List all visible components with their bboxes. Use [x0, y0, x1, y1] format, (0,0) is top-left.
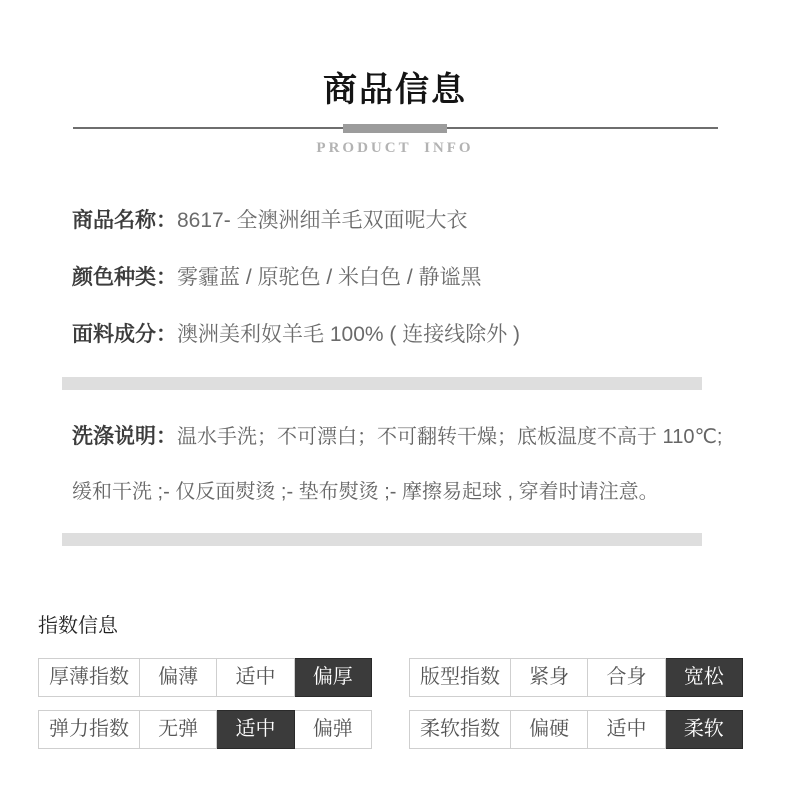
info-row-colors: 颜色种类：雾霾蓝 / 原驼色 / 米白色 / 静谧黑	[72, 263, 790, 292]
wash-label: 洗涤说明：	[72, 425, 177, 448]
index-table-label: 柔软指数	[409, 710, 511, 749]
info-row-fabric: 面料成分：澳洲美利奴羊毛 100% ( 连接线除外 )	[72, 320, 790, 349]
index-table-fit: 版型指数 紧身 合身 宽松	[409, 658, 743, 697]
section-divider	[62, 533, 702, 546]
thick-rule-accent	[343, 124, 447, 133]
title-divider-line	[73, 124, 718, 133]
index-option: 合身	[588, 658, 665, 697]
index-option: 偏硬	[511, 710, 588, 749]
index-option-selected: 偏厚	[295, 658, 372, 697]
wash-value: 温水手洗；不可漂白；不可翻转干燥；底板温度不高于 110℃;	[177, 426, 722, 448]
index-table-thickness: 厚薄指数 偏薄 适中 偏厚	[38, 658, 372, 697]
info-row-product-name: 商品名称：8617- 全澳洲细羊毛双面呢大衣	[72, 206, 790, 235]
index-option: 紧身	[511, 658, 588, 697]
info-value: 雾霾蓝 / 原驼色 / 米白色 / 静谧黑	[177, 266, 482, 289]
index-option: 适中	[588, 710, 665, 749]
index-table-elasticity: 弹力指数 无弹 适中 偏弹	[38, 710, 372, 749]
wash-line-2: 缓和干洗 ;- 仅反面熨烫 ;- 垫布熨烫 ;- 摩擦易起球 , 穿着时请注意。	[72, 465, 722, 520]
index-option: 偏薄	[140, 658, 217, 697]
info-value: 8617- 全澳洲细羊毛双面呢大衣	[177, 209, 468, 232]
page-title: 商品信息	[0, 62, 790, 111]
washing-instructions-section: 洗涤说明：温水手洗；不可漂白；不可翻转干燥；底板温度不高于 110℃; 缓和干洗…	[72, 409, 722, 520]
info-label: 面料成分：	[72, 323, 177, 346]
index-table-label: 版型指数	[409, 658, 511, 697]
section-divider	[62, 377, 702, 390]
index-option: 偏弹	[295, 710, 372, 749]
index-option-selected: 宽松	[666, 658, 743, 697]
index-option: 无弹	[140, 710, 217, 749]
header: 商品信息 PRODUCT INFO	[0, 0, 790, 157]
info-label: 商品名称：	[72, 209, 177, 232]
index-table-softness: 柔软指数 偏硬 适中 柔软	[409, 710, 743, 749]
index-table-label: 厚薄指数	[38, 658, 140, 697]
index-table-label: 弹力指数	[38, 710, 140, 749]
page-subtitle: PRODUCT INFO	[0, 140, 790, 157]
product-info-section: 商品名称：8617- 全澳洲细羊毛双面呢大衣 颜色种类：雾霾蓝 / 原驼色 / …	[72, 206, 790, 349]
info-value: 澳洲美利奴羊毛 100% ( 连接线除外 )	[177, 323, 520, 346]
index-option-selected: 适中	[217, 710, 294, 749]
index-option-selected: 柔软	[666, 710, 743, 749]
product-info-page: 商品信息 PRODUCT INFO 商品名称：8617- 全澳洲细羊毛双面呢大衣…	[0, 0, 790, 793]
wash-line-1: 洗涤说明：温水手洗；不可漂白；不可翻转干燥；底板温度不高于 110℃;	[72, 409, 722, 465]
info-label: 颜色种类：	[72, 266, 177, 289]
wash-value: 缓和干洗 ;- 仅反面熨烫 ;- 垫布熨烫 ;- 摩擦易起球 , 穿着时请注意。	[72, 481, 659, 503]
index-tables: 厚薄指数 偏薄 适中 偏厚 版型指数 紧身 合身 宽松 弹力指数 无弹 适中 偏…	[38, 658, 743, 749]
index-option: 适中	[217, 658, 294, 697]
index-section-title: 指数信息	[38, 609, 790, 638]
